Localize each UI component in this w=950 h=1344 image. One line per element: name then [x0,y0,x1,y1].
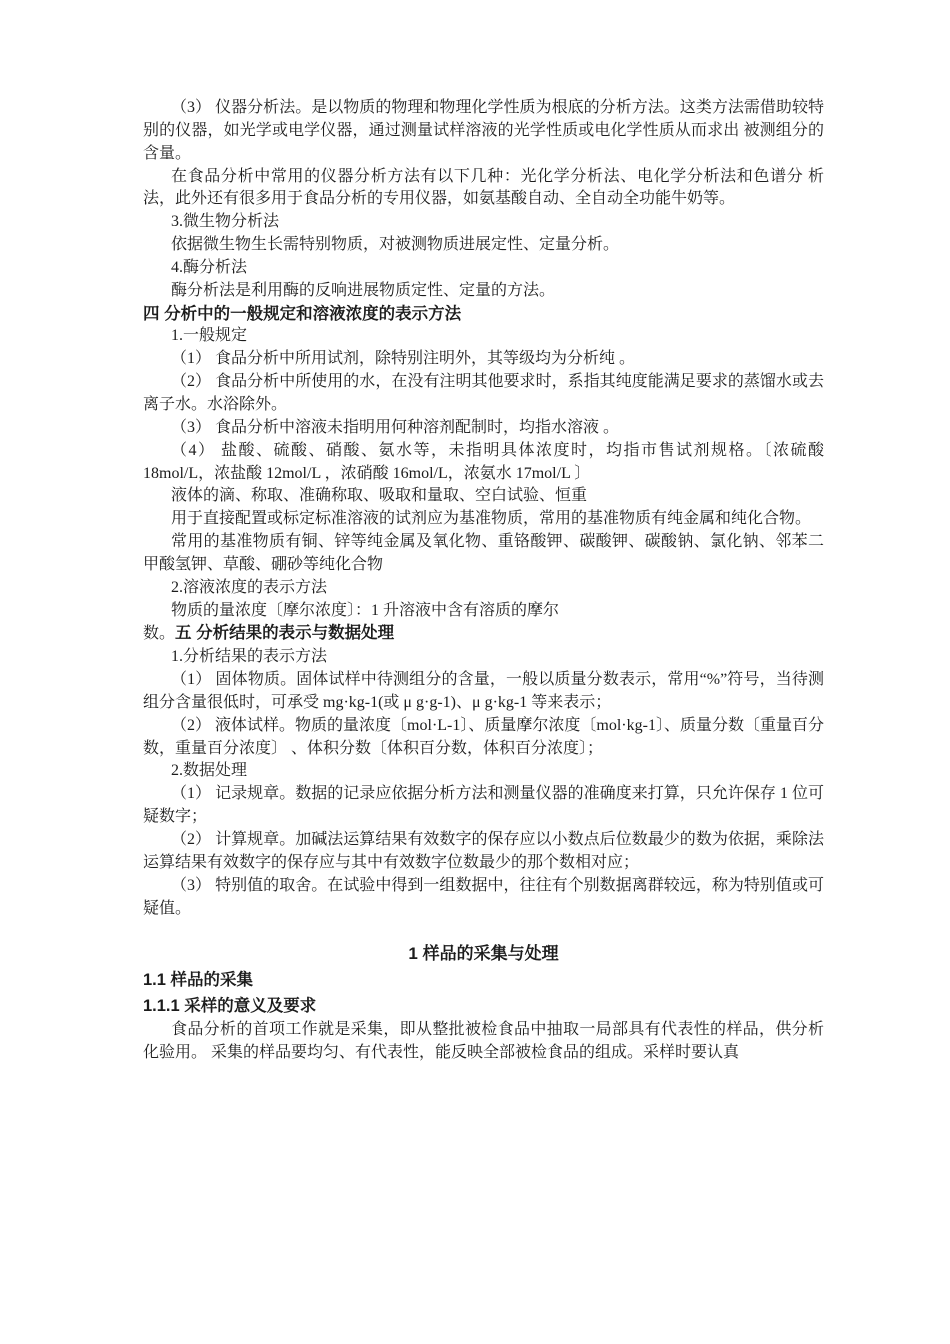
subsection-title-1-1-1: 1.1.1 采样的意义及要求 [143,993,824,1019]
paragraph-with-inline-heading-5: 数。五 分析结果的表示与数据处理 [143,622,824,646]
paragraph-rule-4-acid-concentrations: （4） 盐酸、硫酸、硝酸、氨水等，未指明具体浓度时，均指市售试剂规格。〔浓硫酸 … [143,440,824,486]
paragraph-rule-1-reagents: （1） 食品分析中所用试剂，除特别注明外，其等级均为分析纯 。 [143,348,824,371]
paragraph-rule-3-solvent: （3） 食品分析中溶液未指明用何种溶剂配制时，均指水溶液 。 [143,417,824,440]
list-item-general-rules: 1.一般规定 [143,325,824,348]
paragraph-enzyme-analysis-desc: 酶分析法是利用酶的反响进展物质定性、定量的方法。 [143,280,824,303]
paragraph-molar-concentration: 物质的量浓度〔摩尔浓度〕：1 升溶液中含有溶质的摩尔 [143,600,824,623]
paragraph-calculation-rules: （2） 计算规章。加碱法运算结果有效数字的保存应以小数点后位数最少的数为依据，乘… [143,829,824,875]
paragraph-instrument-analysis: （3） 仪器分析法。是以物质的物理和物理化学性质为根底的分析方法。这类方法需借助… [143,97,824,166]
document-text-column: （3） 仪器分析法。是以物质的物理和物理化学性质为根底的分析方法。这类方法需借助… [143,97,824,1065]
paragraph-sampling-meaning: 食品分析的首项工作就是采集，即从整批被检食品中抽取一局部具有代表性的样品，供分析… [143,1019,824,1065]
paragraph-outlier-values: （3） 特别值的取舍。在试验中得到一组数据中，往往有个别数据离群较远，称为特别值… [143,875,824,921]
paragraph-recording-rules: （1） 记录规章。数据的记录应依据分析方法和测量仪器的准确度来打算，只允许保存 … [143,783,824,829]
paragraph-solid-samples: （1） 固体物质。固体试样中待测组分的含量，一般以质量分数表示，常用“%”符号，… [143,669,824,715]
paragraph-liquid-operations: 液体的滴、称取、准确称取、吸取和量取、空白试验、恒重 [143,485,824,508]
section-heading-5-results: 五 分析结果的表示与数据处理 [175,624,394,642]
paragraph-rule-2-water: （2） 食品分析中所使用的水，在没有注明其他要求时，系指其纯度能满足要求的蒸馏水… [143,371,824,417]
paragraph-common-standard-substances: 常用的基准物质有铜、锌等纯金属及氧化物、重铬酸钾、碳酸钾、碳酸钠、氯化钠、邻苯二… [143,531,824,577]
paragraph-liquid-samples: （2） 液体试样。物质的量浓度〔mol·L-1〕、质量摩尔浓度〔mol·kg-1… [143,715,824,761]
list-item-microbial-analysis: 3.微生物分析法 [143,211,824,234]
document-page: （3） 仪器分析法。是以物质的物理和物理化学性质为根底的分析方法。这类方法需借助… [0,0,950,1344]
list-item-concentration-expression: 2.溶液浓度的表示方法 [143,577,824,600]
section-heading-4-general-rules: 四 分析中的一般规定和溶液浓度的表示方法 [143,303,824,326]
section-title-1-1: 1.1 样品的采集 [143,967,824,993]
wrapped-text-tail: 数。 [143,625,175,642]
chapter-title-sample-collection: 1 样品的采集与处理 [143,941,824,967]
list-item-enzyme-analysis: 4.酶分析法 [143,257,824,280]
paragraph-common-instrument-methods: 在食品分析中常用的仪器分析方法有以下几种：光化学分析法、电化学分析法和色谱分 析… [143,166,824,212]
paragraph-standard-substances: 用于直接配置或标定标准溶液的试剂应为基准物质，常用的基准物质有纯金属和纯化合物。 [143,508,824,531]
list-item-result-expression: 1.分析结果的表示方法 [143,646,824,669]
paragraph-microbial-analysis-desc: 依据微生物生长需特别物质，对被测物质进展定性、定量分析。 [143,234,824,257]
list-item-data-processing: 2.数据处理 [143,760,824,783]
